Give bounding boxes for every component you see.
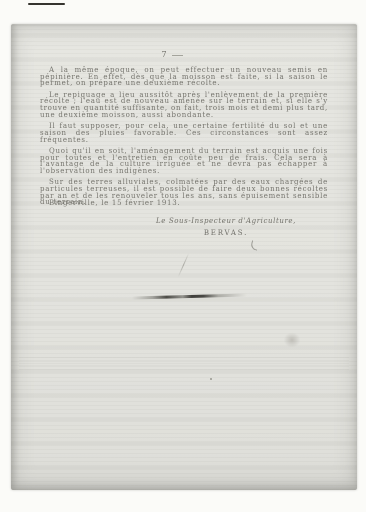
paragraph: A la même époque, on peut effectuer un n… (40, 67, 328, 87)
page-number-text: 7 (161, 50, 166, 59)
signature-title: Le Sous-Inspecteur d'Agriculture, (146, 217, 306, 225)
paper-sheet: 7 A la même époque, on peut effectuer un… (11, 24, 357, 490)
page-number: 7 (11, 50, 333, 60)
scratch-artifact (178, 253, 189, 277)
page-number-dash (172, 55, 183, 56)
signature-flourish (250, 240, 259, 250)
paragraph: Le repiquage a lieu aussitôt après l'enl… (40, 92, 328, 119)
speck-artifact (210, 378, 212, 380)
paragraph: Quoi qu'il en soit, l'aménagement du ter… (40, 148, 328, 175)
stain-artifact (281, 330, 303, 350)
signature-name: BERVAS. (146, 229, 306, 237)
ink-smear-artifact (132, 293, 247, 299)
body-text: A la même époque, on peut effectuer un n… (40, 67, 328, 211)
dateline: Bingerville, le 15 février 1913. (49, 199, 299, 207)
scan-edge-mark (28, 3, 65, 5)
scanned-document-page: 7 A la même époque, on peut effectuer un… (0, 0, 366, 512)
paragraph: Il faut supposer, pour cela, une certain… (40, 123, 328, 143)
scan-streak (19, 356, 349, 370)
